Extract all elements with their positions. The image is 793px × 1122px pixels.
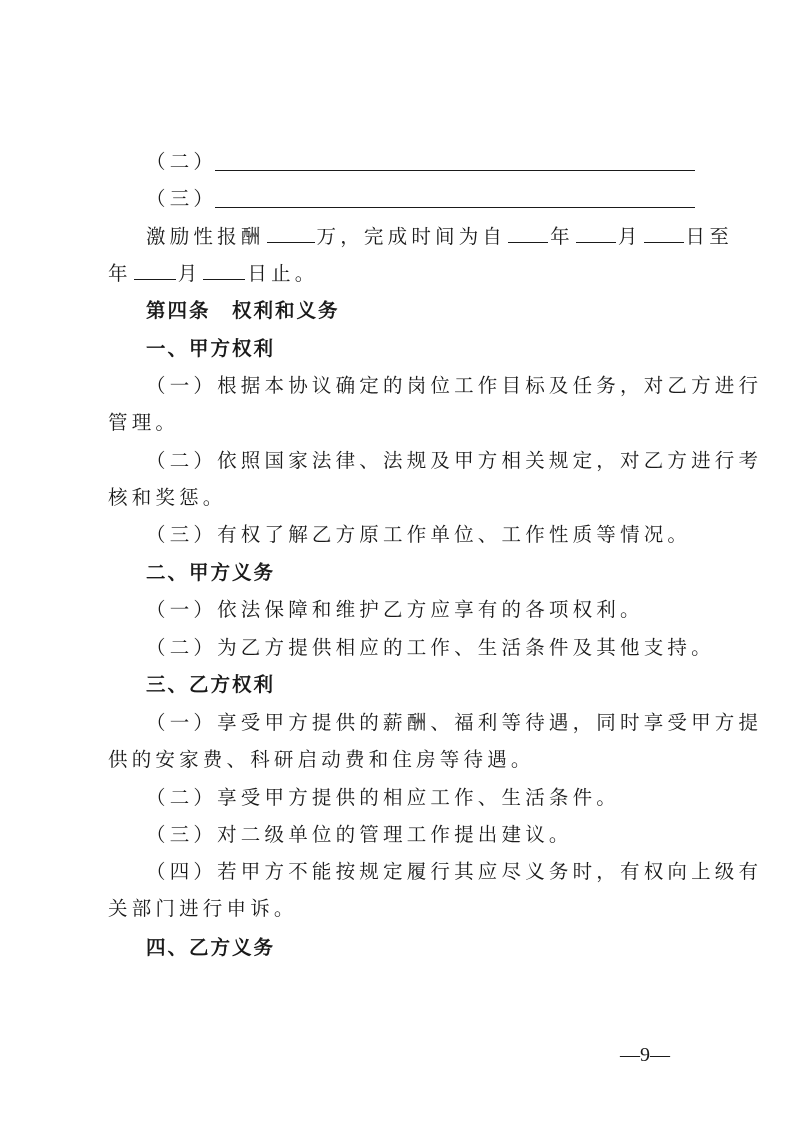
section-heading: 四、乙方义务 bbox=[146, 936, 696, 960]
month-label: 月 bbox=[178, 262, 202, 285]
page-number: —9— bbox=[620, 1044, 670, 1067]
start-month-blank bbox=[576, 224, 616, 243]
year-label: 年 bbox=[550, 225, 574, 248]
paragraph: （三）有权了解乙方原工作单位、工作性质等情况。 bbox=[146, 523, 696, 547]
article-title: 第四条 权利和义务 bbox=[146, 299, 696, 323]
reward-line: 激励性报酬万，完成时间为自年月日至 bbox=[146, 224, 696, 249]
blank-line bbox=[215, 207, 695, 208]
item-label: （三） bbox=[146, 187, 217, 210]
paragraph: （一）依法保障和维护乙方应享有的各项权利。 bbox=[146, 598, 696, 622]
section-heading: 三、乙方权利 bbox=[146, 673, 696, 697]
paragraph-cont: 核和奖惩。 bbox=[108, 486, 696, 510]
day-label: 日止。 bbox=[247, 262, 318, 285]
paragraph: （一）享受甲方提供的薪酬、福利等待遇，同时享受甲方提 bbox=[146, 711, 696, 735]
document-page: （二） （三） 激励性报酬万，完成时间为自年月日至 年月日止。 第四条 权利和义… bbox=[0, 0, 793, 1122]
start-day-blank bbox=[644, 224, 684, 243]
section-heading: 一、甲方权利 bbox=[146, 337, 696, 361]
section-heading: 二、甲方义务 bbox=[146, 561, 696, 585]
day-label: 日至 bbox=[686, 225, 733, 248]
paragraph-cont: 关部门进行申诉。 bbox=[108, 897, 696, 921]
year-label: 年 bbox=[108, 262, 132, 285]
paragraph: （二）依照国家法律、法规及甲方相关规定，对乙方进行考 bbox=[146, 449, 696, 473]
month-label: 月 bbox=[618, 225, 642, 248]
end-month-blank bbox=[134, 261, 176, 280]
paragraph: （一）根据本协议确定的岗位工作目标及任务，对乙方进行 bbox=[146, 374, 696, 398]
end-day-blank bbox=[203, 261, 245, 280]
blank-line bbox=[215, 170, 695, 171]
reward-end-line: 年月日止。 bbox=[108, 261, 696, 286]
reward-text: 万，完成时间为自 bbox=[317, 225, 507, 248]
reward-amount-blank bbox=[267, 224, 315, 243]
paragraph: （二）为乙方提供相应的工作、生活条件及其他支持。 bbox=[146, 636, 696, 660]
reward-text: 激励性报酬 bbox=[146, 225, 265, 248]
start-year-blank bbox=[508, 224, 548, 243]
paragraph: （二）享受甲方提供的相应工作、生活条件。 bbox=[146, 786, 696, 810]
item-label: （二） bbox=[146, 150, 217, 173]
paragraph: （三）对二级单位的管理工作提出建议。 bbox=[146, 823, 696, 847]
paragraph-cont: 供的安家费、科研启动费和住房等待遇。 bbox=[108, 748, 696, 772]
paragraph-cont: 管理。 bbox=[108, 411, 696, 435]
paragraph: （四）若甲方不能按规定履行其应尽义务时，有权向上级有 bbox=[146, 860, 696, 884]
